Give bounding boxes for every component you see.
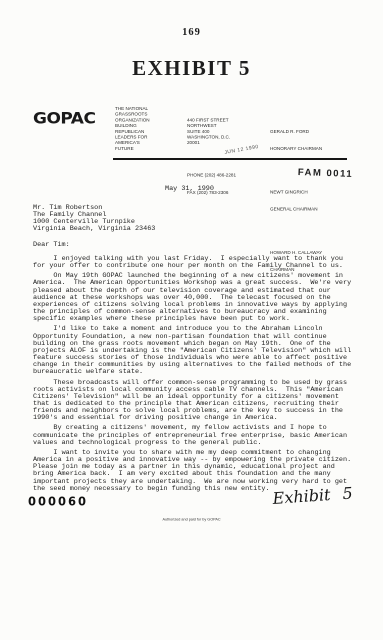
page-number: 169 xyxy=(0,27,383,38)
letter-paragraph: I'd like to take a moment and introduce … xyxy=(33,326,363,376)
officer-title: GENERAL CHAIRMAN xyxy=(270,206,380,212)
fam-document-stamp: FAM 0011 xyxy=(298,167,354,180)
letter-body: I enjoyed talking with you last Friday. … xyxy=(33,256,363,496)
letter-paragraph: I enjoyed talking with you last Friday. … xyxy=(33,256,363,270)
officer-entry: NEWT GINGRICH GENERAL CHAIRMAN xyxy=(270,178,380,224)
handwritten-exhibit-label: Exhibit 5 xyxy=(272,483,353,508)
letter-paragraph: On May 19th GOPAC launched the beginning… xyxy=(33,273,363,323)
letter-paragraph: These broadcasts will offer common-sense… xyxy=(33,380,363,423)
letterhead-divider xyxy=(113,158,347,160)
letterhead-tagline: THE NATIONAL GRASSROOTS ORGANIZATION BUI… xyxy=(115,106,185,152)
letterhead-phone: PHONE (202) 486-2281 xyxy=(187,173,277,179)
letterhead-address-column: 440 FIRST STREET NORTHWEST SUITE 400 WAS… xyxy=(187,106,277,218)
exhibit-heading: EXHIBIT 5 xyxy=(0,56,383,81)
recipient-address-block: Mr. Tim Robertson The Family Channel 100… xyxy=(33,205,155,234)
scanned-letter-page: 169 EXHIBIT 5 GOPAC THE NATIONAL GRASSRO… xyxy=(0,0,383,640)
authorization-footer: Authorized and paid for by GOPAC xyxy=(0,517,383,522)
letter-paragraph: By creating a citizens' movement, my fel… xyxy=(33,425,363,446)
officer-entry: GERALD R. FORD HONORARY CHAIRMAN xyxy=(270,117,380,163)
officer-name: NEWT GINGRICH xyxy=(270,189,380,195)
salutation: Dear Tim: xyxy=(33,242,70,249)
officer-title: HONORARY CHAIRMAN xyxy=(270,146,380,152)
officer-name: GERALD R. FORD xyxy=(270,129,380,135)
gopac-logo: GOPAC xyxy=(33,109,95,128)
letter-date: May 31, 1990 xyxy=(165,186,214,193)
letterhead-address: 440 FIRST STREET NORTHWEST SUITE 400 WAS… xyxy=(187,117,277,146)
bates-number: 000060 xyxy=(28,494,88,509)
